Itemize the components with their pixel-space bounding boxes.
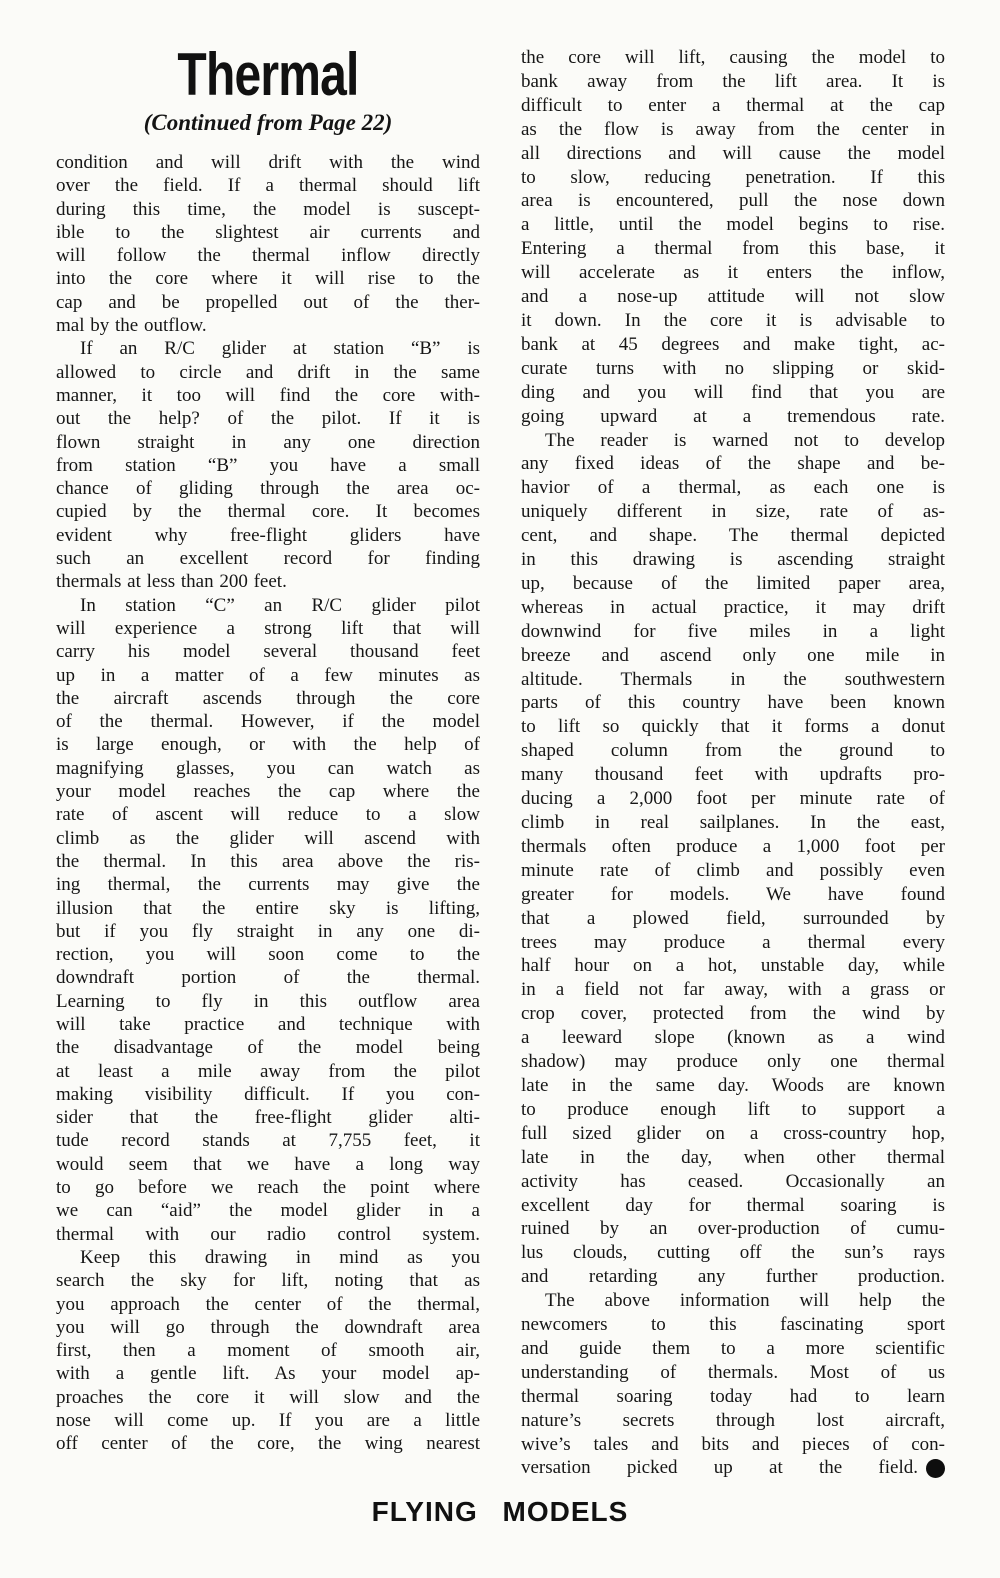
text-line: will follow the thermal inflow directly bbox=[56, 244, 480, 267]
end-of-article-dot bbox=[926, 1459, 945, 1478]
text-line: versation picked up at the field. bbox=[521, 1456, 945, 1480]
text-line: carry his model several thousand feet bbox=[56, 640, 480, 663]
text-line: climb in real sailplanes. In the east, bbox=[521, 811, 945, 835]
text-line: it down. In the core it is advisable to bbox=[521, 309, 945, 333]
text-line: crop cover, protected from the wind by bbox=[521, 1002, 945, 1026]
text-line: area is encountered, pull the nose down bbox=[521, 189, 945, 213]
text-line: and a nose-up attitude will not slow bbox=[521, 285, 945, 309]
paragraph: condition and will drift with the windov… bbox=[56, 151, 480, 337]
text-line: The above information will help the bbox=[521, 1289, 945, 1313]
text-line: your model reaches the cap where the bbox=[56, 780, 480, 803]
text-line: with a gentle lift. As your model ap- bbox=[56, 1362, 480, 1385]
text-line: bank at 45 degrees and make tight, ac- bbox=[521, 333, 945, 357]
paragraph: In station “C” an R/C glider pilotwill e… bbox=[56, 594, 480, 1246]
text-line: at least a mile away from the pilot bbox=[56, 1060, 480, 1083]
text-line: thermal soaring today had to learn bbox=[521, 1385, 945, 1409]
left-column-text: condition and will drift with the windov… bbox=[56, 151, 480, 1456]
text-line: would seem that we have a long way bbox=[56, 1153, 480, 1176]
text-line: rate of ascent will reduce to a slow bbox=[56, 803, 480, 826]
text-line: during this time, the model is suscept- bbox=[56, 198, 480, 221]
text-line: in a field not far away, with a grass or bbox=[521, 978, 945, 1002]
text-line: that a plowed field, surrounded by bbox=[521, 907, 945, 931]
text-line: manner, it too will find the core with- bbox=[56, 384, 480, 407]
text-line: Learning to fly in this outflow area bbox=[56, 990, 480, 1013]
text-line: you approach the center of the thermal, bbox=[56, 1293, 480, 1316]
text-line: parts of this country have been known bbox=[521, 691, 945, 715]
text-line: lus clouds, cutting off the sun’s rays bbox=[521, 1241, 945, 1265]
text-line: thermal with our radio control system. bbox=[56, 1223, 480, 1246]
paragraph: Keep this drawing in mind as yousearch t… bbox=[56, 1246, 480, 1456]
text-line: mal by the outflow. bbox=[56, 314, 480, 337]
text-line: Keep this drawing in mind as you bbox=[56, 1246, 480, 1269]
text-line: sider that the free-flight glider alti- bbox=[56, 1106, 480, 1129]
text-line: such an excellent record for finding bbox=[56, 547, 480, 570]
text-line: into the core where it will rise to the bbox=[56, 267, 480, 290]
text-line: but if you fly straight in any one di- bbox=[56, 920, 480, 943]
text-line: wive’s tales and bits and pieces of con- bbox=[521, 1433, 945, 1457]
text-line: search the sky for lift, noting that as bbox=[56, 1269, 480, 1292]
text-line: rection, you will soon come to the bbox=[56, 943, 480, 966]
text-line: cent, and shape. The thermal depicted bbox=[521, 524, 945, 548]
text-line: downdraft portion of the thermal. bbox=[56, 966, 480, 989]
text-line: flown straight in any one direction bbox=[56, 431, 480, 454]
text-line: a leeward slope (known as a wind bbox=[521, 1026, 945, 1050]
text-line: climb as the glider will ascend with bbox=[56, 827, 480, 850]
text-line: going upward at a tremendous rate. bbox=[521, 405, 945, 429]
paragraph: the core will lift, causing the model to… bbox=[521, 46, 945, 429]
text-line: the disadvantage of the model being bbox=[56, 1036, 480, 1059]
text-line: havior of a thermal, as each one is bbox=[521, 476, 945, 500]
text-line: making visibility difficult. If you con- bbox=[56, 1083, 480, 1106]
text-line: to go before we reach the point where bbox=[56, 1176, 480, 1199]
text-line: many thousand feet with updrafts pro- bbox=[521, 763, 945, 787]
text-line: ducing a 2,000 foot per minute rate of bbox=[521, 787, 945, 811]
text-line: late in the day, when other thermal bbox=[521, 1146, 945, 1170]
text-line: is large enough, or with the help of bbox=[56, 733, 480, 756]
magazine-page: Thermal (Continued from Page 22) conditi… bbox=[0, 0, 1000, 1578]
text-line: ing thermal, the currents may give the bbox=[56, 873, 480, 896]
text-line: altitude. Thermals in the southwestern bbox=[521, 668, 945, 692]
text-line: understanding of thermals. Most of us bbox=[521, 1361, 945, 1385]
text-line: the thermal. In this area above the ris- bbox=[56, 850, 480, 873]
text-line: nature’s secrets through lost aircraft, bbox=[521, 1409, 945, 1433]
text-line: to slow, reducing penetration. If this bbox=[521, 166, 945, 190]
text-line: a little, until the model begins to rise… bbox=[521, 213, 945, 237]
text-line: nose will come up. If you are a little bbox=[56, 1409, 480, 1432]
text-line: illusion that the entire sky is lifting, bbox=[56, 897, 480, 920]
text-line: proaches the core it will slow and the bbox=[56, 1386, 480, 1409]
text-line: in this drawing is ascending straight bbox=[521, 548, 945, 572]
text-line: tude record stands at 7,755 feet, it bbox=[56, 1129, 480, 1152]
text-line: difficult to enter a thermal at the cap bbox=[521, 94, 945, 118]
text-line: In station “C” an R/C glider pilot bbox=[56, 594, 480, 617]
text-line: we can “aid” the model glider in a bbox=[56, 1199, 480, 1222]
text-line: shaped column from the ground to bbox=[521, 739, 945, 763]
text-line: to produce enough lift to support a bbox=[521, 1098, 945, 1122]
text-line: will experience a strong lift that will bbox=[56, 617, 480, 640]
text-line: up in a matter of a few minutes as bbox=[56, 664, 480, 687]
text-line: will take practice and technique with bbox=[56, 1013, 480, 1036]
text-line: first, then a moment of smooth air, bbox=[56, 1339, 480, 1362]
text-line: the aircraft ascends through the core bbox=[56, 687, 480, 710]
text-line: whereas in actual practice, it may drift bbox=[521, 596, 945, 620]
text-line: The reader is warned not to develop bbox=[521, 429, 945, 453]
text-line: as the flow is away from the center in bbox=[521, 118, 945, 142]
right-column-text: the core will lift, causing the model to… bbox=[521, 46, 945, 1480]
text-line: ruined by an over-production of cumu- bbox=[521, 1217, 945, 1241]
text-line: downwind for five miles in a light bbox=[521, 620, 945, 644]
paragraph: If an R/C glider at station “B” isallowe… bbox=[56, 337, 480, 593]
text-line: any fixed ideas of the shape and be- bbox=[521, 452, 945, 476]
text-line: and retarding any further production. bbox=[521, 1265, 945, 1289]
text-line: breeze and ascend only one mile in bbox=[521, 644, 945, 668]
text-line: ding and you will find that you are bbox=[521, 381, 945, 405]
text-line: of the thermal. However, if the model bbox=[56, 710, 480, 733]
text-line: cap and be propelled out of the ther- bbox=[56, 291, 480, 314]
text-line: all directions and will cause the model bbox=[521, 142, 945, 166]
text-line: the core will lift, causing the model to bbox=[521, 46, 945, 70]
text-line: chance of gliding through the area oc- bbox=[56, 477, 480, 500]
text-line: magnifying glasses, you can watch as bbox=[56, 757, 480, 780]
text-line: Entering a thermal from this base, it bbox=[521, 237, 945, 261]
text-line: ible to the slightest air currents and bbox=[56, 221, 480, 244]
text-line: and guide them to a more scientific bbox=[521, 1337, 945, 1361]
magazine-title-footer: FLYING MODELS bbox=[0, 1497, 1000, 1527]
paragraph: The above information will help thenewco… bbox=[521, 1289, 945, 1480]
text-line: If an R/C glider at station “B” is bbox=[56, 337, 480, 360]
text-line: bank away from the lift area. It is bbox=[521, 70, 945, 94]
text-line: late in the same day. Woods are known bbox=[521, 1074, 945, 1098]
right-column: the core will lift, causing the model to… bbox=[521, 46, 945, 1480]
text-line: greater for models. We have found bbox=[521, 883, 945, 907]
text-line: trees may produce a thermal every bbox=[521, 931, 945, 955]
text-line: allowed to circle and drift in the same bbox=[56, 361, 480, 384]
text-line: will accelerate as it enters the inflow, bbox=[521, 261, 945, 285]
text-line: evident why free-flight gliders have bbox=[56, 524, 480, 547]
continued-from-note: (Continued from Page 22) bbox=[56, 110, 480, 136]
text-line: half hour on a hot, unstable day, while bbox=[521, 954, 945, 978]
text-line: minute rate of climb and possibly even bbox=[521, 859, 945, 883]
text-line: thermals at less than 200 feet. bbox=[56, 570, 480, 593]
text-line: excellent day for thermal soaring is bbox=[521, 1194, 945, 1218]
text-line: cupied by the thermal core. It becomes bbox=[56, 500, 480, 523]
text-line: to lift so quickly that it forms a donut bbox=[521, 715, 945, 739]
left-column: Thermal (Continued from Page 22) conditi… bbox=[56, 44, 480, 1456]
text-line: activity has ceased. Occasionally an bbox=[521, 1170, 945, 1194]
text-line: up, because of the limited paper area, bbox=[521, 572, 945, 596]
article-title: Thermal bbox=[98, 44, 437, 106]
text-line: thermals often produce a 1,000 foot per bbox=[521, 835, 945, 859]
text-line: out the help? of the pilot. If it is bbox=[56, 407, 480, 430]
text-line: off center of the core, the wing nearest bbox=[56, 1432, 480, 1455]
text-line: over the field. If a thermal should lift bbox=[56, 174, 480, 197]
text-line: newcomers to this fascinating sport bbox=[521, 1313, 945, 1337]
text-line: uniquely different in size, rate of as- bbox=[521, 500, 945, 524]
text-line: curate turns with no slipping or skid- bbox=[521, 357, 945, 381]
text-line: from station “B” you have a small bbox=[56, 454, 480, 477]
text-line: shadow) may produce only one thermal bbox=[521, 1050, 945, 1074]
text-line: full sized glider on a cross-country hop… bbox=[521, 1122, 945, 1146]
paragraph: The reader is warned not to developany f… bbox=[521, 429, 945, 1290]
text-line: condition and will drift with the wind bbox=[56, 151, 480, 174]
text-line: you will go through the downdraft area bbox=[56, 1316, 480, 1339]
